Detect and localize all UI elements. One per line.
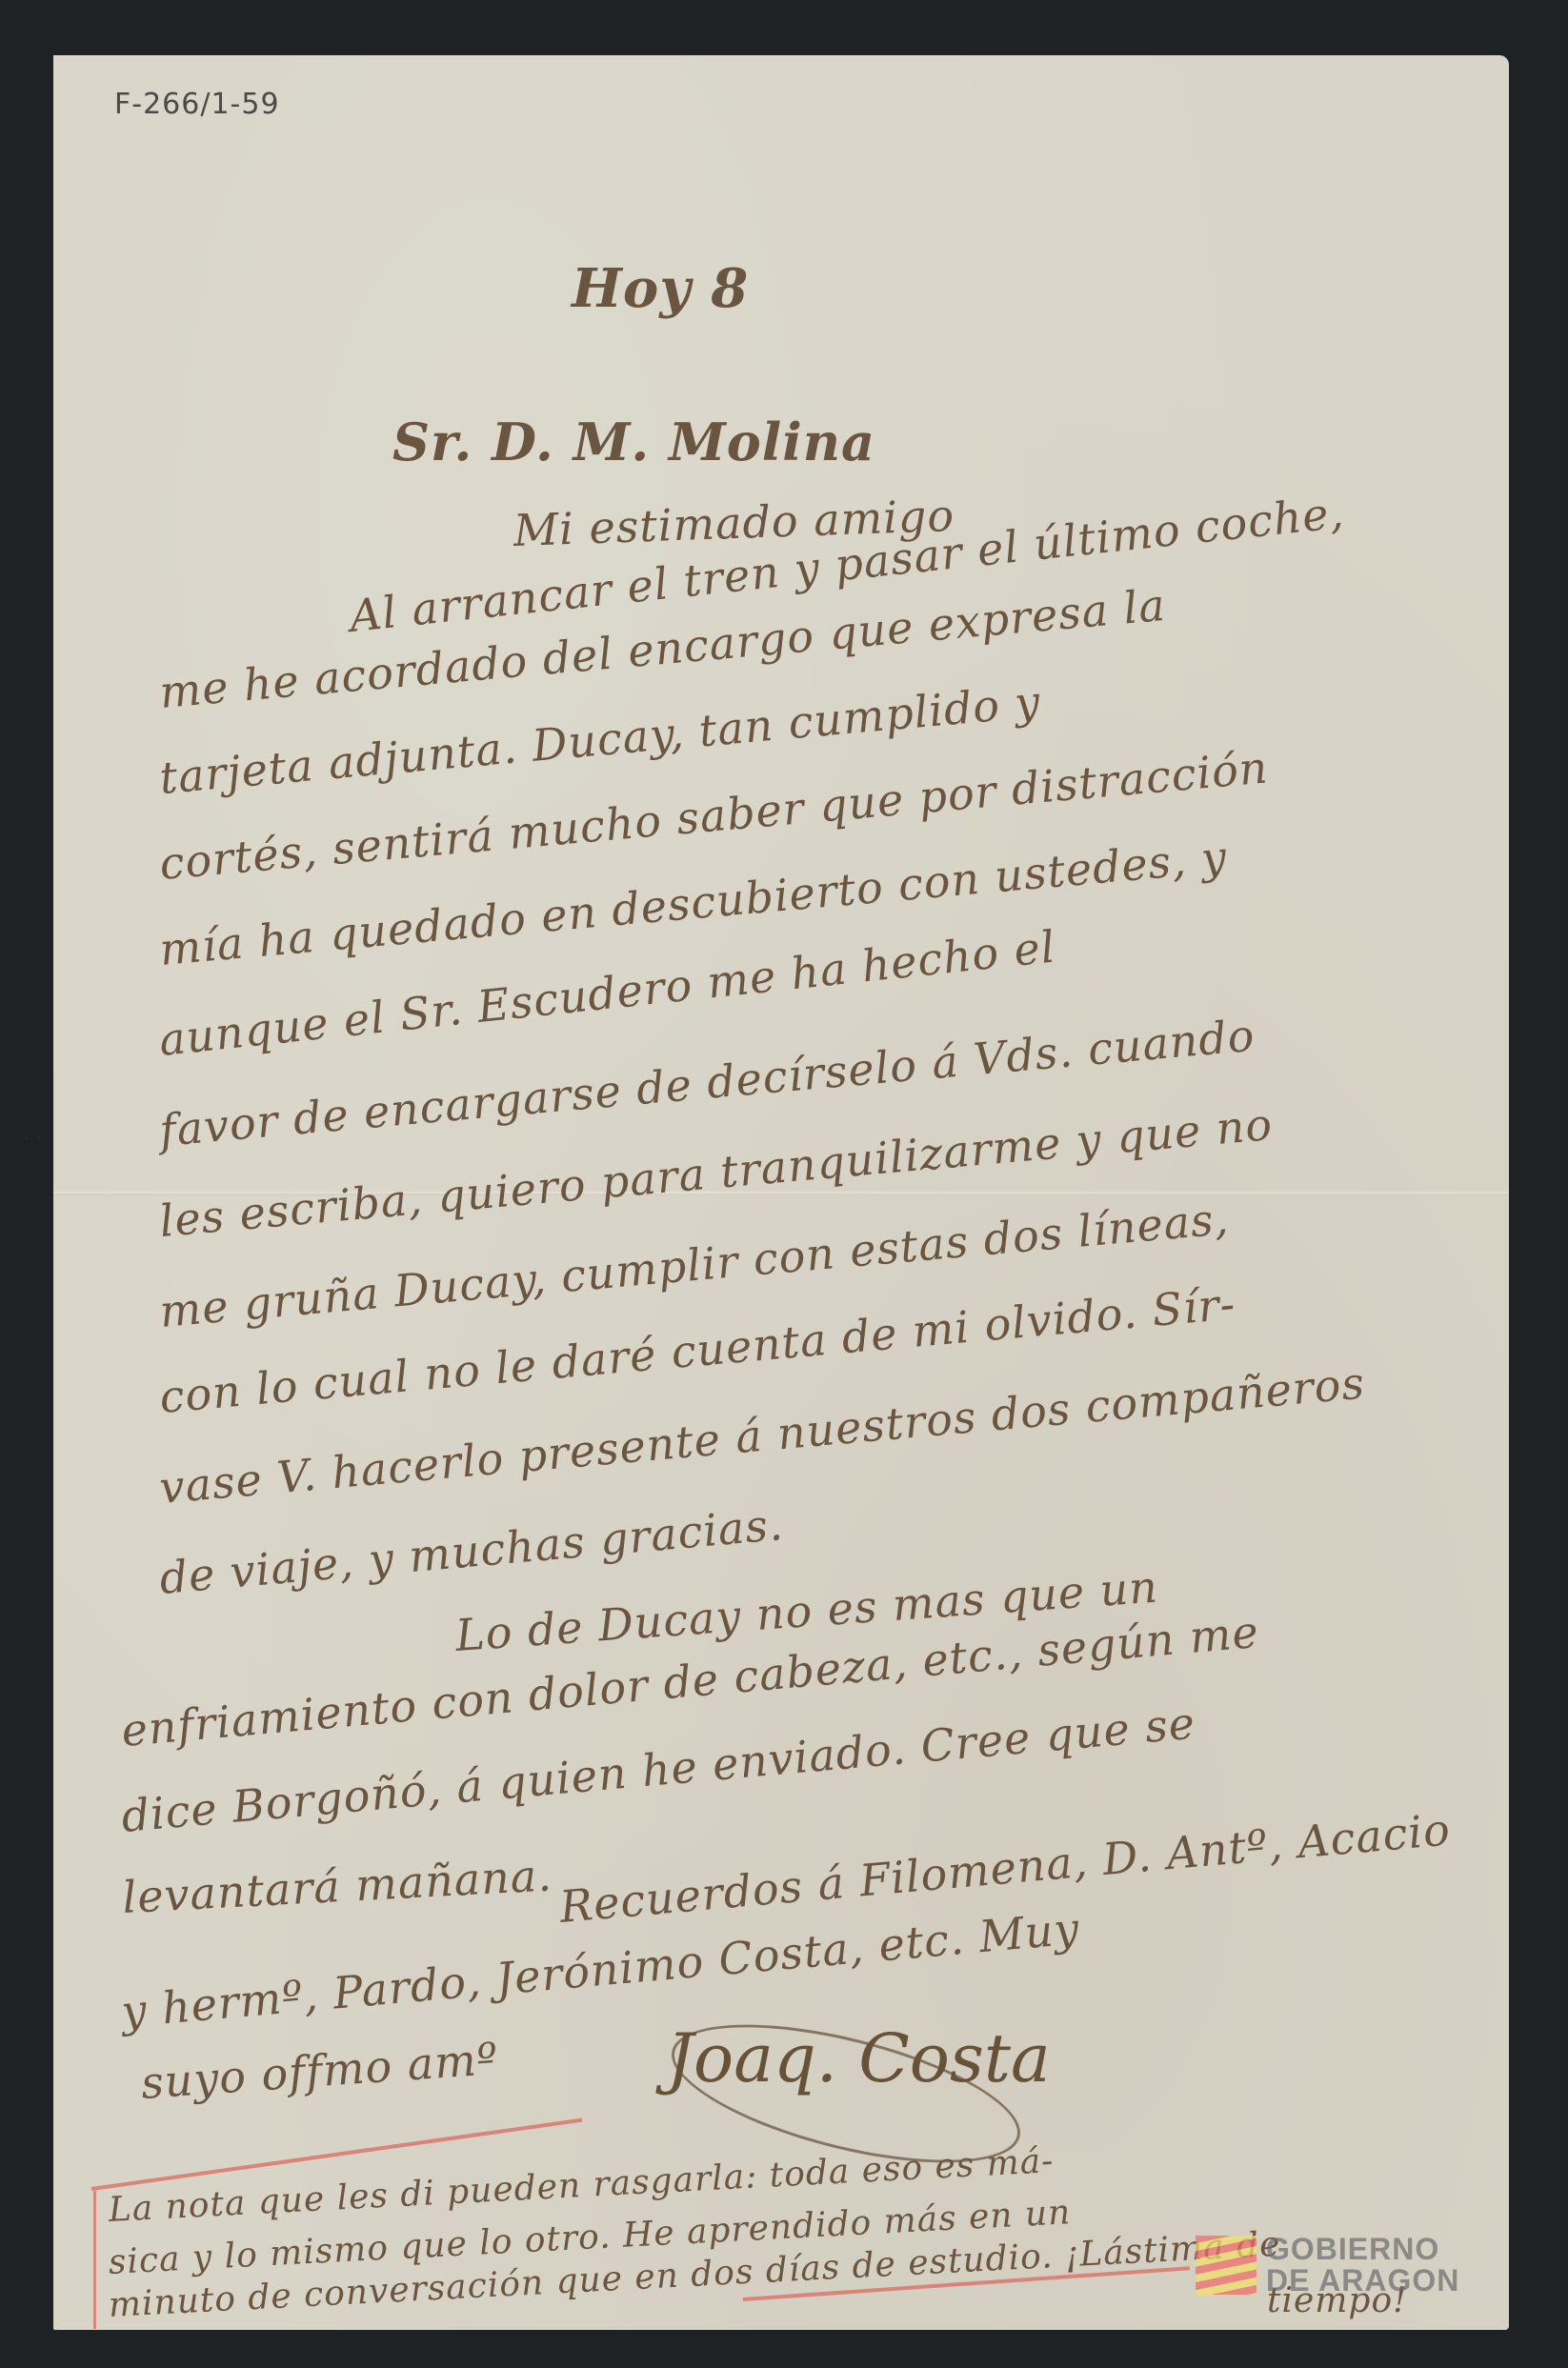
- watermark-line-1: GOBIERNO: [1266, 2234, 1459, 2265]
- fold-marks: ··: [25, 1132, 49, 1147]
- signature: Joaq. Costa: [667, 2019, 1051, 2097]
- date-line: Hoy 8: [572, 257, 749, 320]
- watermark-line-2: DE ARAGON: [1266, 2265, 1459, 2297]
- red-pencil-mark: [93, 2191, 96, 2329]
- gobierno-de-aragon-watermark: GOBIERNO DE ARAGON: [1196, 2234, 1459, 2297]
- archive-reference: F-266/1-59: [114, 88, 280, 121]
- salutation-name: Sr. D. M. Molina: [392, 411, 875, 472]
- aragon-flag-icon: [1196, 2236, 1256, 2295]
